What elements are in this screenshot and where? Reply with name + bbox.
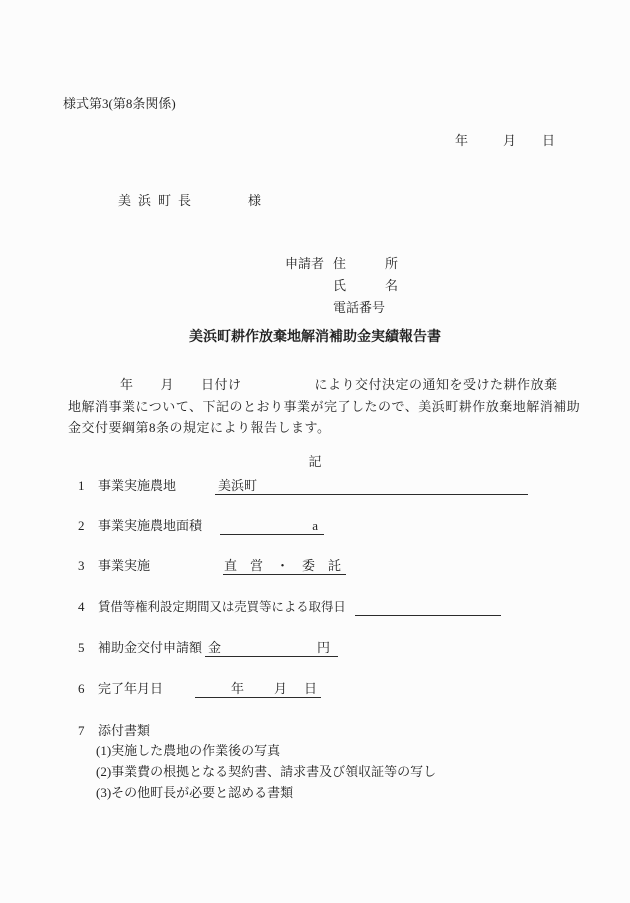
body-line-1-rest: により交付決定の通知を受けた耕作放棄	[315, 377, 558, 392]
body-line-2: 地解消事業について、下記のとおり事業が完了したので、美浜町耕作放棄地解消補助	[68, 396, 580, 417]
addressee-line: 美浜町長様	[118, 192, 261, 210]
date-month-label: 月	[503, 133, 516, 148]
item-2-number: 2	[78, 517, 98, 535]
body-date-part: 年 月 日付け	[120, 377, 242, 392]
applicant-name-label: 氏 名	[333, 277, 398, 295]
item-3-number: 3	[78, 557, 98, 575]
item-7-number: 7	[78, 722, 98, 740]
item-6-year-label: 年	[231, 681, 244, 696]
item-3-row: 3事業実施 直 営 ・ 委 託	[0, 557, 630, 575]
addressee-honorific: 様	[248, 193, 261, 208]
date-day-label: 日	[542, 133, 555, 148]
item-5-number: 5	[78, 639, 98, 657]
item-6-month-label: 月	[274, 681, 287, 696]
item-6-row: 6完了年月日 年月日	[0, 680, 630, 698]
item-5-fill-line: 金 円	[205, 639, 338, 657]
body-line-1: 年 月 日付けにより交付決定の通知を受けた耕作放棄	[68, 374, 558, 395]
item-5-unit: 円	[317, 639, 330, 656]
item-4-label: 賃借等権利設定期間又は売買等による取得日	[98, 600, 346, 614]
item-5-prefix: 金	[208, 639, 221, 656]
addressee-name: 美浜町長	[118, 193, 198, 208]
item-4-row: 4賃借等権利設定期間又は売買等による取得日	[0, 598, 630, 616]
item-7-row: 7添付書類	[0, 722, 630, 740]
item-6-date-line: 年月日	[195, 680, 321, 698]
document-page: 様式第3(第8条関係) 年月日 美浜町長様 申請者 住 所 氏 名 電話番号 美…	[0, 0, 630, 903]
applicant-phone-label: 電話番号	[333, 299, 385, 317]
body-line-3: 金交付要綱第8条の規定により報告します。	[68, 417, 330, 438]
item-2-label: 事業実施農地面積	[98, 518, 202, 533]
record-label: 記	[0, 453, 630, 471]
date-line: 年月日	[455, 132, 555, 150]
item-1-row: 1事業実施農地 美浜町	[0, 477, 630, 495]
item-1-label: 事業実施農地	[98, 478, 176, 493]
item-7-attachment-1: (1)実施した農地の作業後の写真	[0, 742, 630, 760]
item-2-fill-line: a	[220, 517, 324, 535]
item-1-fill-line: 美浜町	[215, 477, 528, 495]
item-2-row: 2事業実施農地面積 a	[0, 517, 630, 535]
applicant-address-label: 住 所	[333, 255, 398, 273]
item-7-attachment-2: (2)事業費の根拠となる契約書、請求書及び領収証等の写し	[0, 763, 630, 781]
item-3-choice-line: 直 営 ・ 委 託	[223, 557, 346, 575]
item-4-fill-line	[355, 598, 501, 616]
item-1-number: 1	[78, 477, 98, 495]
item-5-label: 補助金交付申請額	[98, 640, 202, 655]
item-3-label: 事業実施	[98, 558, 150, 573]
form-number-label: 様式第3(第8条関係)	[63, 95, 176, 113]
item-6-number: 6	[78, 680, 98, 698]
item-5-row: 5補助金交付申請額 金 円	[0, 639, 630, 657]
document-title: 美浜町耕作放棄地解消補助金実績報告書	[0, 329, 630, 347]
item-4-number: 4	[78, 598, 98, 616]
item-6-label: 完了年月日	[98, 681, 163, 696]
applicant-label: 申請者	[285, 255, 324, 273]
item-7-label: 添付書類	[98, 723, 150, 738]
item-6-day-label: 日	[304, 681, 317, 696]
item-7-attachment-3: (3)その他町長が必要と認める書類	[0, 784, 630, 802]
date-year-label: 年	[455, 133, 468, 148]
